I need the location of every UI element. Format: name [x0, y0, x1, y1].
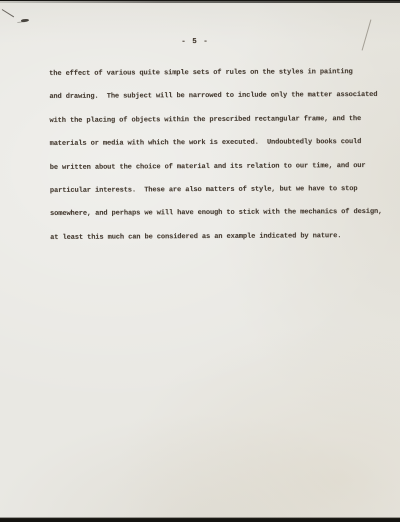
text-line-4: materials or media with which the work i…	[50, 131, 395, 156]
body-text: the effect of various quite simple sets …	[49, 61, 395, 250]
text-line-5: be written about the choice of material …	[50, 154, 395, 179]
text-line-6: particular interests. These are also mat…	[50, 178, 395, 203]
text-line-2: and drawing. The subject will be narrowe…	[49, 84, 394, 109]
scan-edge-top	[0, 1, 400, 3]
page-number: - 5 -	[49, 37, 341, 47]
typewritten-text: - 5 - the effect of various quite simple…	[0, 0, 400, 521]
text-line-8: at least this much can be considered as …	[50, 225, 395, 250]
document-page: - 5 - the effect of various quite simple…	[0, 1, 400, 520]
text-line-7: somewhere, and perhaps we will have enou…	[50, 201, 395, 226]
scanned-document: - 5 - the effect of various quite simple…	[0, 0, 400, 522]
text-line-3: with the placing of objects within the p…	[49, 108, 394, 133]
scan-edge-bottom	[0, 517, 400, 520]
text-line-1: the effect of various quite simple sets …	[49, 61, 394, 86]
